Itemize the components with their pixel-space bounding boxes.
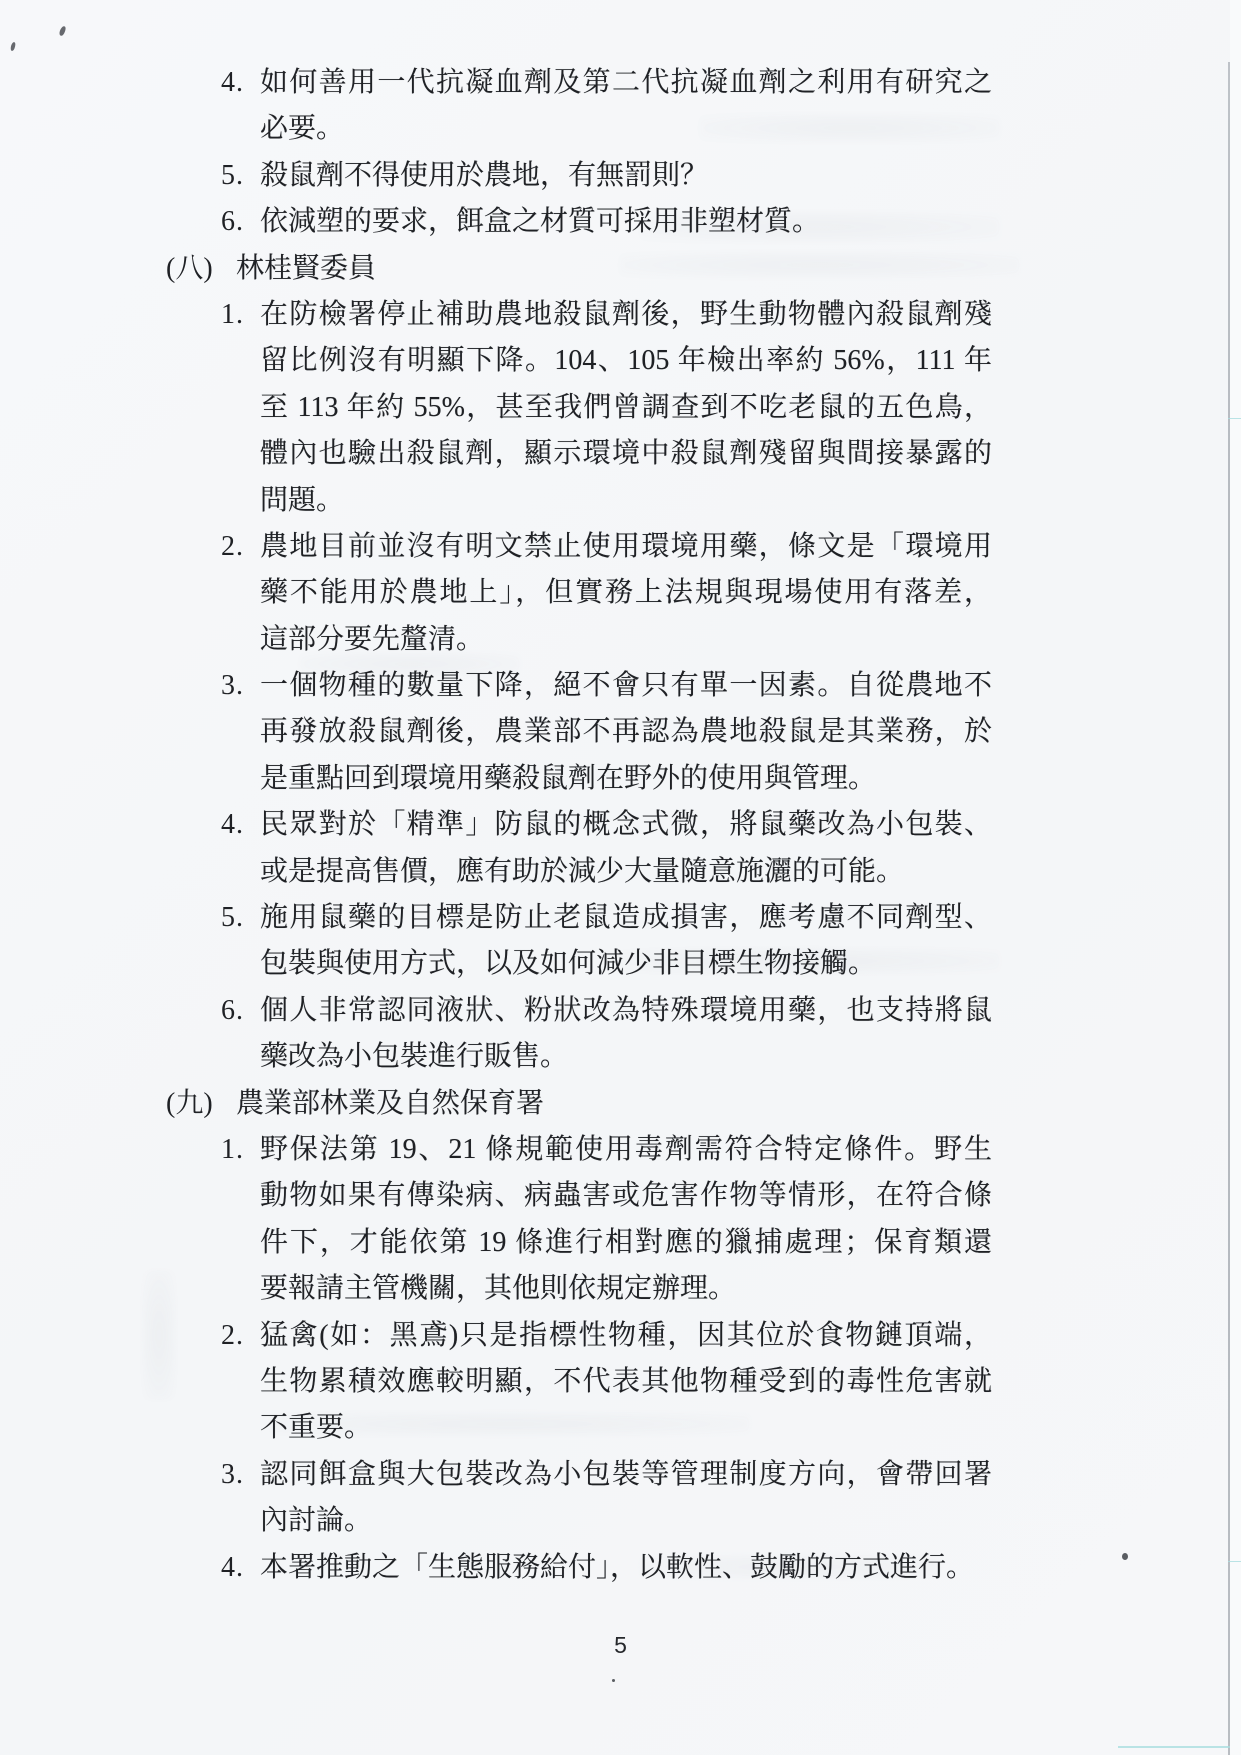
list-number: 5. [221, 153, 244, 199]
line-text: 猛禽(如：黑鳶)只是指標性物種，因其位於食物鏈頂端， [260, 1313, 992, 1359]
line-text: 野保法第 19、21 條規範使用毒劑需符合特定條件。野生 [260, 1127, 992, 1173]
text-line: 至 113 年約 55%，甚至我們曾調查到不吃老鼠的五色鳥， [0, 385, 1241, 431]
line-text: 體內也驗出殺鼠劑，顯示環境中殺鼠劑殘留與間接暴露的 [260, 431, 992, 477]
list-number: 3. [221, 663, 244, 709]
line-text: 農地目前並沒有明文禁止使用環境用藥，條文是「環境用 [260, 524, 992, 570]
line-text: 是重點回到環境用藥殺鼠劑在野外的使用與管理。 [260, 756, 876, 802]
line-text: 民眾對於「精準」防鼠的概念式微，將鼠藥改為小包裝、 [260, 802, 992, 848]
list-number: 5. [221, 895, 244, 941]
document-text-block: 4. 如何善用一代抗凝血劑及第二代抗凝血劑之利用有研究之 必要。 5. 殺鼠劑不… [0, 60, 1241, 1591]
text-line: 4. 民眾對於「精準」防鼠的概念式微，將鼠藥改為小包裝、 [0, 802, 1241, 848]
text-line: 生物累積效應較明顯，不代表其他物種受到的毒性危害就 [0, 1359, 1241, 1405]
line-text: 要報請主管機關，其他則依規定辦理。 [260, 1266, 736, 1312]
line-text: 一個物種的數量下降，絕不會只有單一因素。自從農地不 [260, 663, 992, 709]
line-text: 如何善用一代抗凝血劑及第二代抗凝血劑之利用有研究之 [260, 60, 992, 106]
stray-mark [10, 42, 16, 52]
list-number: 6. [221, 988, 244, 1034]
line-text: 本署推動之「生態服務給付」，以軟性、鼓勵的方式進行。 [260, 1545, 974, 1591]
list-number: 4. [221, 802, 244, 848]
text-line: 問題。 [0, 478, 1241, 524]
line-text: 認同餌盒與大包裝改為小包裝等管理制度方向，會帶回署 [260, 1452, 992, 1498]
line-text: 藥不能用於農地上」，但實務上法規與現場使用有落差， [260, 570, 992, 616]
text-line: 2. 猛禽(如：黑鳶)只是指標性物種，因其位於食物鏈頂端， [0, 1313, 1241, 1359]
line-text: 問題。 [260, 478, 344, 524]
section-label: (八) [166, 246, 213, 292]
list-number: 2. [221, 1313, 244, 1359]
text-line: 要報請主管機關，其他則依規定辦理。 [0, 1266, 1241, 1312]
text-line: 動物如果有傳染病、病蟲害或危害作物等情形，在符合條 [0, 1173, 1241, 1219]
section-label: (九) [166, 1081, 213, 1127]
text-line: 1. 在防檢署停止補助農地殺鼠劑後，野生動物體內殺鼠劑殘 [0, 292, 1241, 338]
line-text: 這部分要先釐清。 [260, 617, 484, 663]
text-line: 4. 本署推動之「生態服務給付」，以軟性、鼓勵的方式進行。 [0, 1545, 1241, 1591]
line-text: 個人非常認同液狀、粉狀改為特殊環境用藥，也支持將鼠 [260, 988, 992, 1034]
text-line: 3. 認同餌盒與大包裝改為小包裝等管理制度方向，會帶回署 [0, 1452, 1241, 1498]
line-text: 件下，才能依第 19 條進行相對應的獵捕處理；保育類還 [260, 1220, 992, 1266]
line-text: 再發放殺鼠劑後，農業部不再認為農地殺鼠是其業務，於 [260, 709, 992, 755]
list-number: 4. [221, 1545, 244, 1591]
line-text: 包裝與使用方式，以及如何減少非目標生物接觸。 [260, 941, 876, 987]
list-number: 2. [221, 524, 244, 570]
text-line: 5. 施用鼠藥的目標是防止老鼠造成損害，應考慮不同劑型、 [0, 895, 1241, 941]
line-text: 不重要。 [260, 1405, 372, 1451]
text-line: 6. 依減塑的要求，餌盒之材質可採用非塑材質。 [0, 199, 1241, 245]
text-line: 3. 一個物種的數量下降，絕不會只有單一因素。自從農地不 [0, 663, 1241, 709]
edge-tick [1118, 1746, 1230, 1748]
line-text: 內討論。 [260, 1498, 372, 1544]
text-line: 這部分要先釐清。 [0, 617, 1241, 663]
scanned-document-page: 4. 如何善用一代抗凝血劑及第二代抗凝血劑之利用有研究之 必要。 5. 殺鼠劑不… [0, 0, 1241, 1755]
list-number: 4. [221, 60, 244, 106]
line-text: 必要。 [260, 106, 344, 152]
stray-dot [612, 1679, 615, 1682]
text-line: 是重點回到環境用藥殺鼠劑在野外的使用與管理。 [0, 756, 1241, 802]
text-line: 件下，才能依第 19 條進行相對應的獵捕處理；保育類還 [0, 1220, 1241, 1266]
line-text: 殺鼠劑不得使用於農地，有無罰則？ [260, 153, 708, 199]
line-text: 林桂賢委員 [236, 246, 376, 292]
line-text: 在防檢署停止補助農地殺鼠劑後，野生動物體內殺鼠劑殘 [260, 292, 992, 338]
line-text: 留比例沒有明顯下降。104、105 年檢出率約 56%，111 年 [260, 338, 992, 384]
line-text: 依減塑的要求，餌盒之材質可採用非塑材質。 [260, 199, 820, 245]
text-line: 留比例沒有明顯下降。104、105 年檢出率約 56%，111 年 [0, 338, 1241, 384]
text-line: 或是提高售價，應有助於減少大量隨意施灑的可能。 [0, 849, 1241, 895]
text-line: 不重要。 [0, 1405, 1241, 1451]
text-line: 5. 殺鼠劑不得使用於農地，有無罰則？ [0, 153, 1241, 199]
line-text: 動物如果有傳染病、病蟲害或危害作物等情形，在符合條 [260, 1173, 992, 1219]
text-line: 內討論。 [0, 1498, 1241, 1544]
text-line: 1. 野保法第 19、21 條規範使用毒劑需符合特定條件。野生 [0, 1127, 1241, 1173]
line-text: 藥改為小包裝進行販售。 [260, 1034, 568, 1080]
text-line: 藥不能用於農地上」，但實務上法規與現場使用有落差， [0, 570, 1241, 616]
list-number: 1. [221, 1127, 244, 1173]
text-line: 包裝與使用方式，以及如何減少非目標生物接觸。 [0, 941, 1241, 987]
list-number: 6. [221, 199, 244, 245]
text-line: (八) 林桂賢委員 [0, 246, 1241, 292]
text-line: 4. 如何善用一代抗凝血劑及第二代抗凝血劑之利用有研究之 [0, 60, 1241, 106]
line-text: 施用鼠藥的目標是防止老鼠造成損害，應考慮不同劑型、 [260, 895, 992, 941]
line-text: 至 113 年約 55%，甚至我們曾調查到不吃老鼠的五色鳥， [260, 385, 992, 431]
text-line: 體內也驗出殺鼠劑，顯示環境中殺鼠劑殘留與間接暴露的 [0, 431, 1241, 477]
line-text: 或是提高售價，應有助於減少大量隨意施灑的可能。 [260, 849, 904, 895]
text-line: 2. 農地目前並沒有明文禁止使用環境用藥，條文是「環境用 [0, 524, 1241, 570]
text-line: 必要。 [0, 106, 1241, 152]
text-line: 藥改為小包裝進行販售。 [0, 1034, 1241, 1080]
text-line: 6. 個人非常認同液狀、粉狀改為特殊環境用藥，也支持將鼠 [0, 988, 1241, 1034]
text-line: (九) 農業部林業及自然保育署 [0, 1081, 1241, 1127]
line-text: 生物累積效應較明顯，不代表其他物種受到的毒性危害就 [260, 1359, 992, 1405]
text-line: 再發放殺鼠劑後，農業部不再認為農地殺鼠是其業務，於 [0, 709, 1241, 755]
list-number: 1. [221, 292, 244, 338]
list-number: 3. [221, 1452, 244, 1498]
stray-mark [59, 25, 67, 36]
page-number: 5 [0, 1632, 1241, 1659]
line-text: 農業部林業及自然保育署 [236, 1081, 544, 1127]
